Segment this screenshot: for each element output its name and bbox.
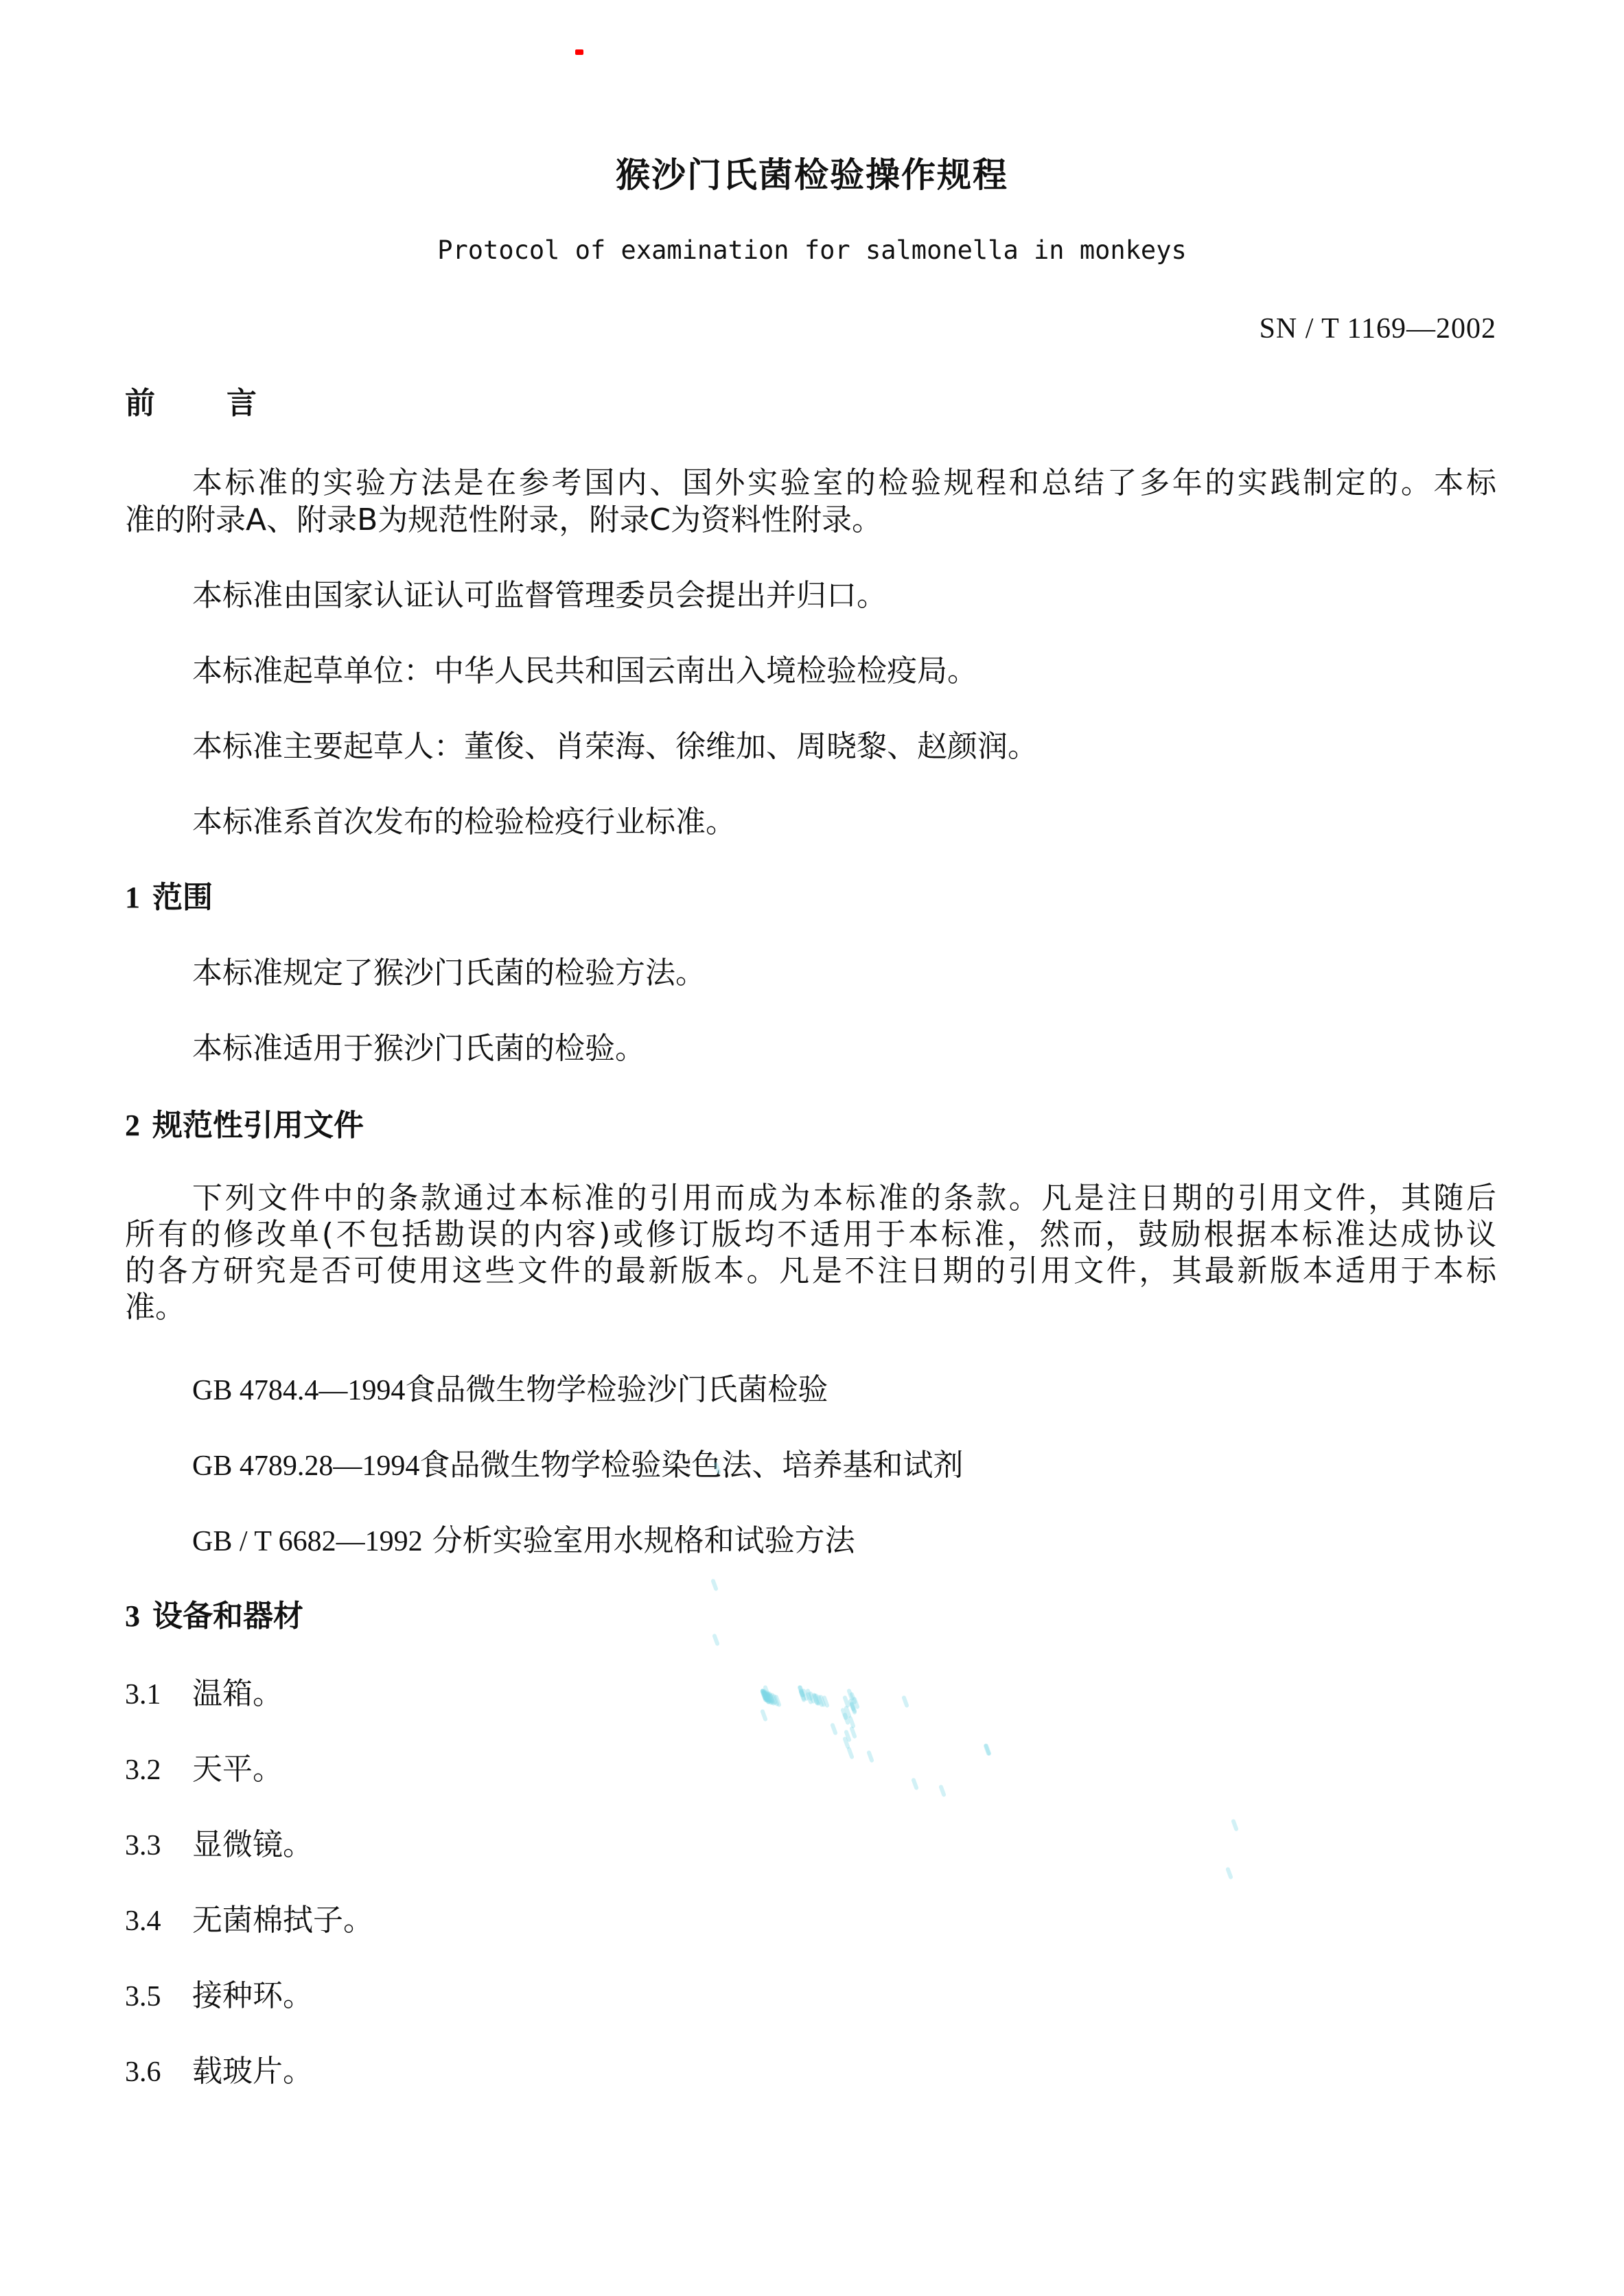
- document-title: 猴沙门氏菌检验操作规程: [0, 158, 1624, 192]
- foreword-heading-right: 言: [227, 386, 257, 421]
- scan-artifact: [710, 1579, 719, 1592]
- equipment-item-text: 天平。: [192, 1752, 283, 1787]
- equipment-item: 3.5接种环。: [125, 1981, 313, 2011]
- equipment-item-number: 3.2: [125, 1756, 192, 1785]
- document-subtitle: Protocol of examination for salmonella i…: [0, 237, 1624, 263]
- equipment-item-number: 3.5: [125, 1982, 192, 2011]
- section-2-intro-line-3: 的各方研究是否可使用这些文件的最新版本。凡是不注日期的引用文件，其最新版本适用于…: [125, 1256, 1496, 1286]
- scan-artifact: [984, 1743, 992, 1756]
- section-3-heading: 3设备和器材: [125, 1601, 303, 1632]
- scan-artifact: [866, 1750, 874, 1763]
- equipment-item-text: 接种环。: [192, 1978, 313, 2013]
- section-1-heading: 1范围: [125, 883, 213, 913]
- equipment-item-number: 3.4: [125, 1907, 192, 1936]
- section-1-number: 1: [125, 881, 140, 914]
- scan-artifact: [830, 1723, 838, 1736]
- equipment-item: 3.1温箱。: [125, 1679, 283, 1709]
- reference-2: GB 4789.28—1994食品微生物学检验染色法、培养基和试剂: [192, 1450, 963, 1481]
- reference-1-title: 食品微生物学检验沙门氏菌检验: [405, 1372, 828, 1407]
- scan-artifact: [760, 1709, 768, 1722]
- scan-artifact: [938, 1785, 947, 1798]
- equipment-item-number: 3.3: [125, 1831, 192, 1860]
- section-2-heading: 2规范性引用文件: [125, 1111, 364, 1141]
- document-page: 猴沙门氏菌检验操作规程 Protocol of examination for …: [0, 0, 1624, 2296]
- section-1-paragraph-1: 本标准规定了猴沙门氏菌的检验方法。: [192, 958, 706, 988]
- reference-1-code: GB 4784.4—1994: [192, 1375, 405, 1406]
- equipment-item: 3.4无菌棉拭子。: [125, 1905, 373, 1936]
- reference-3-code: GB / T 6682—1992: [192, 1526, 423, 1557]
- foreword-heading: 前言: [125, 389, 257, 419]
- equipment-item-number: 3.1: [125, 1680, 192, 1709]
- equipment-item-text: 温箱。: [192, 1676, 283, 1711]
- section-2-intro-line-4: 准。: [125, 1292, 185, 1323]
- standard-code: SN / T 1169—2002: [1260, 314, 1496, 343]
- section-1-title: 范围: [152, 880, 213, 915]
- equipment-item-text: 载玻片。: [192, 2054, 313, 2089]
- reference-3-title: 分析实验室用水规格和试验方法: [423, 1523, 855, 1558]
- foreword-paragraph-1-line-2: 准的附录A、附录B为规范性附录，附录C为资料性附录。: [125, 505, 882, 535]
- foreword-heading-left: 前: [125, 386, 155, 421]
- foreword-paragraph-2: 本标准由国家认证认可监督管理委员会提出并归口。: [192, 581, 887, 611]
- section-3-title: 设备和器材: [152, 1599, 303, 1634]
- scan-artifact: [1231, 1819, 1239, 1832]
- reference-2-code: GB 4789.28—1994: [192, 1450, 419, 1482]
- foreword-paragraph-1-line-1: 本标准的实验方法是在参考国内、国外实验室的检验规程和总结了多年的实践制定的。本标: [192, 468, 1496, 498]
- equipment-item: 3.2天平。: [125, 1754, 283, 1785]
- section-2-number: 2: [125, 1109, 140, 1142]
- reference-1: GB 4784.4—1994食品微生物学检验沙门氏菌检验: [192, 1375, 828, 1405]
- scan-artifact: [911, 1778, 919, 1791]
- section-1-paragraph-2: 本标准适用于猴沙门氏菌的检验。: [192, 1034, 645, 1064]
- equipment-item-text: 显微镜。: [192, 1827, 313, 1862]
- section-2-intro-line-2: 所有的修改单(不包括勘误的内容)或修订版均不适用于本标准，然而，鼓励根据本标准达…: [125, 1220, 1496, 1250]
- reference-3: GB / T 6682—1992 分析实验室用水规格和试验方法: [192, 1526, 855, 1556]
- foreword-paragraph-4: 本标准主要起草人：董俊、肖荣海、徐维加、周晓黎、赵颜润。: [192, 732, 1038, 762]
- reference-2-title: 食品微生物学检验染色法、培养基和试剂: [419, 1448, 963, 1483]
- red-marker-dot: [575, 49, 583, 55]
- section-2-title: 规范性引用文件: [152, 1108, 364, 1143]
- equipment-item-number: 3.6: [125, 2058, 192, 2087]
- foreword-paragraph-5: 本标准系首次发布的检验检疫行业标准。: [192, 807, 736, 837]
- scan-artifact: [901, 1695, 909, 1708]
- scan-artifact: [1225, 1867, 1233, 1880]
- section-2-intro-line-1: 下列文件中的条款通过本标准的引用而成为本标准的条款。凡是注日期的引用文件，其随后: [192, 1183, 1496, 1214]
- equipment-item: 3.3显微镜。: [125, 1830, 313, 1860]
- scan-artifact: [712, 1634, 720, 1647]
- equipment-item-text: 无菌棉拭子。: [192, 1903, 373, 1938]
- equipment-item: 3.6载玻片。: [125, 2056, 313, 2087]
- section-3-number: 3: [125, 1599, 140, 1633]
- foreword-paragraph-3: 本标准起草单位：中华人民共和国云南出入境检验检疫局。: [192, 656, 977, 686]
